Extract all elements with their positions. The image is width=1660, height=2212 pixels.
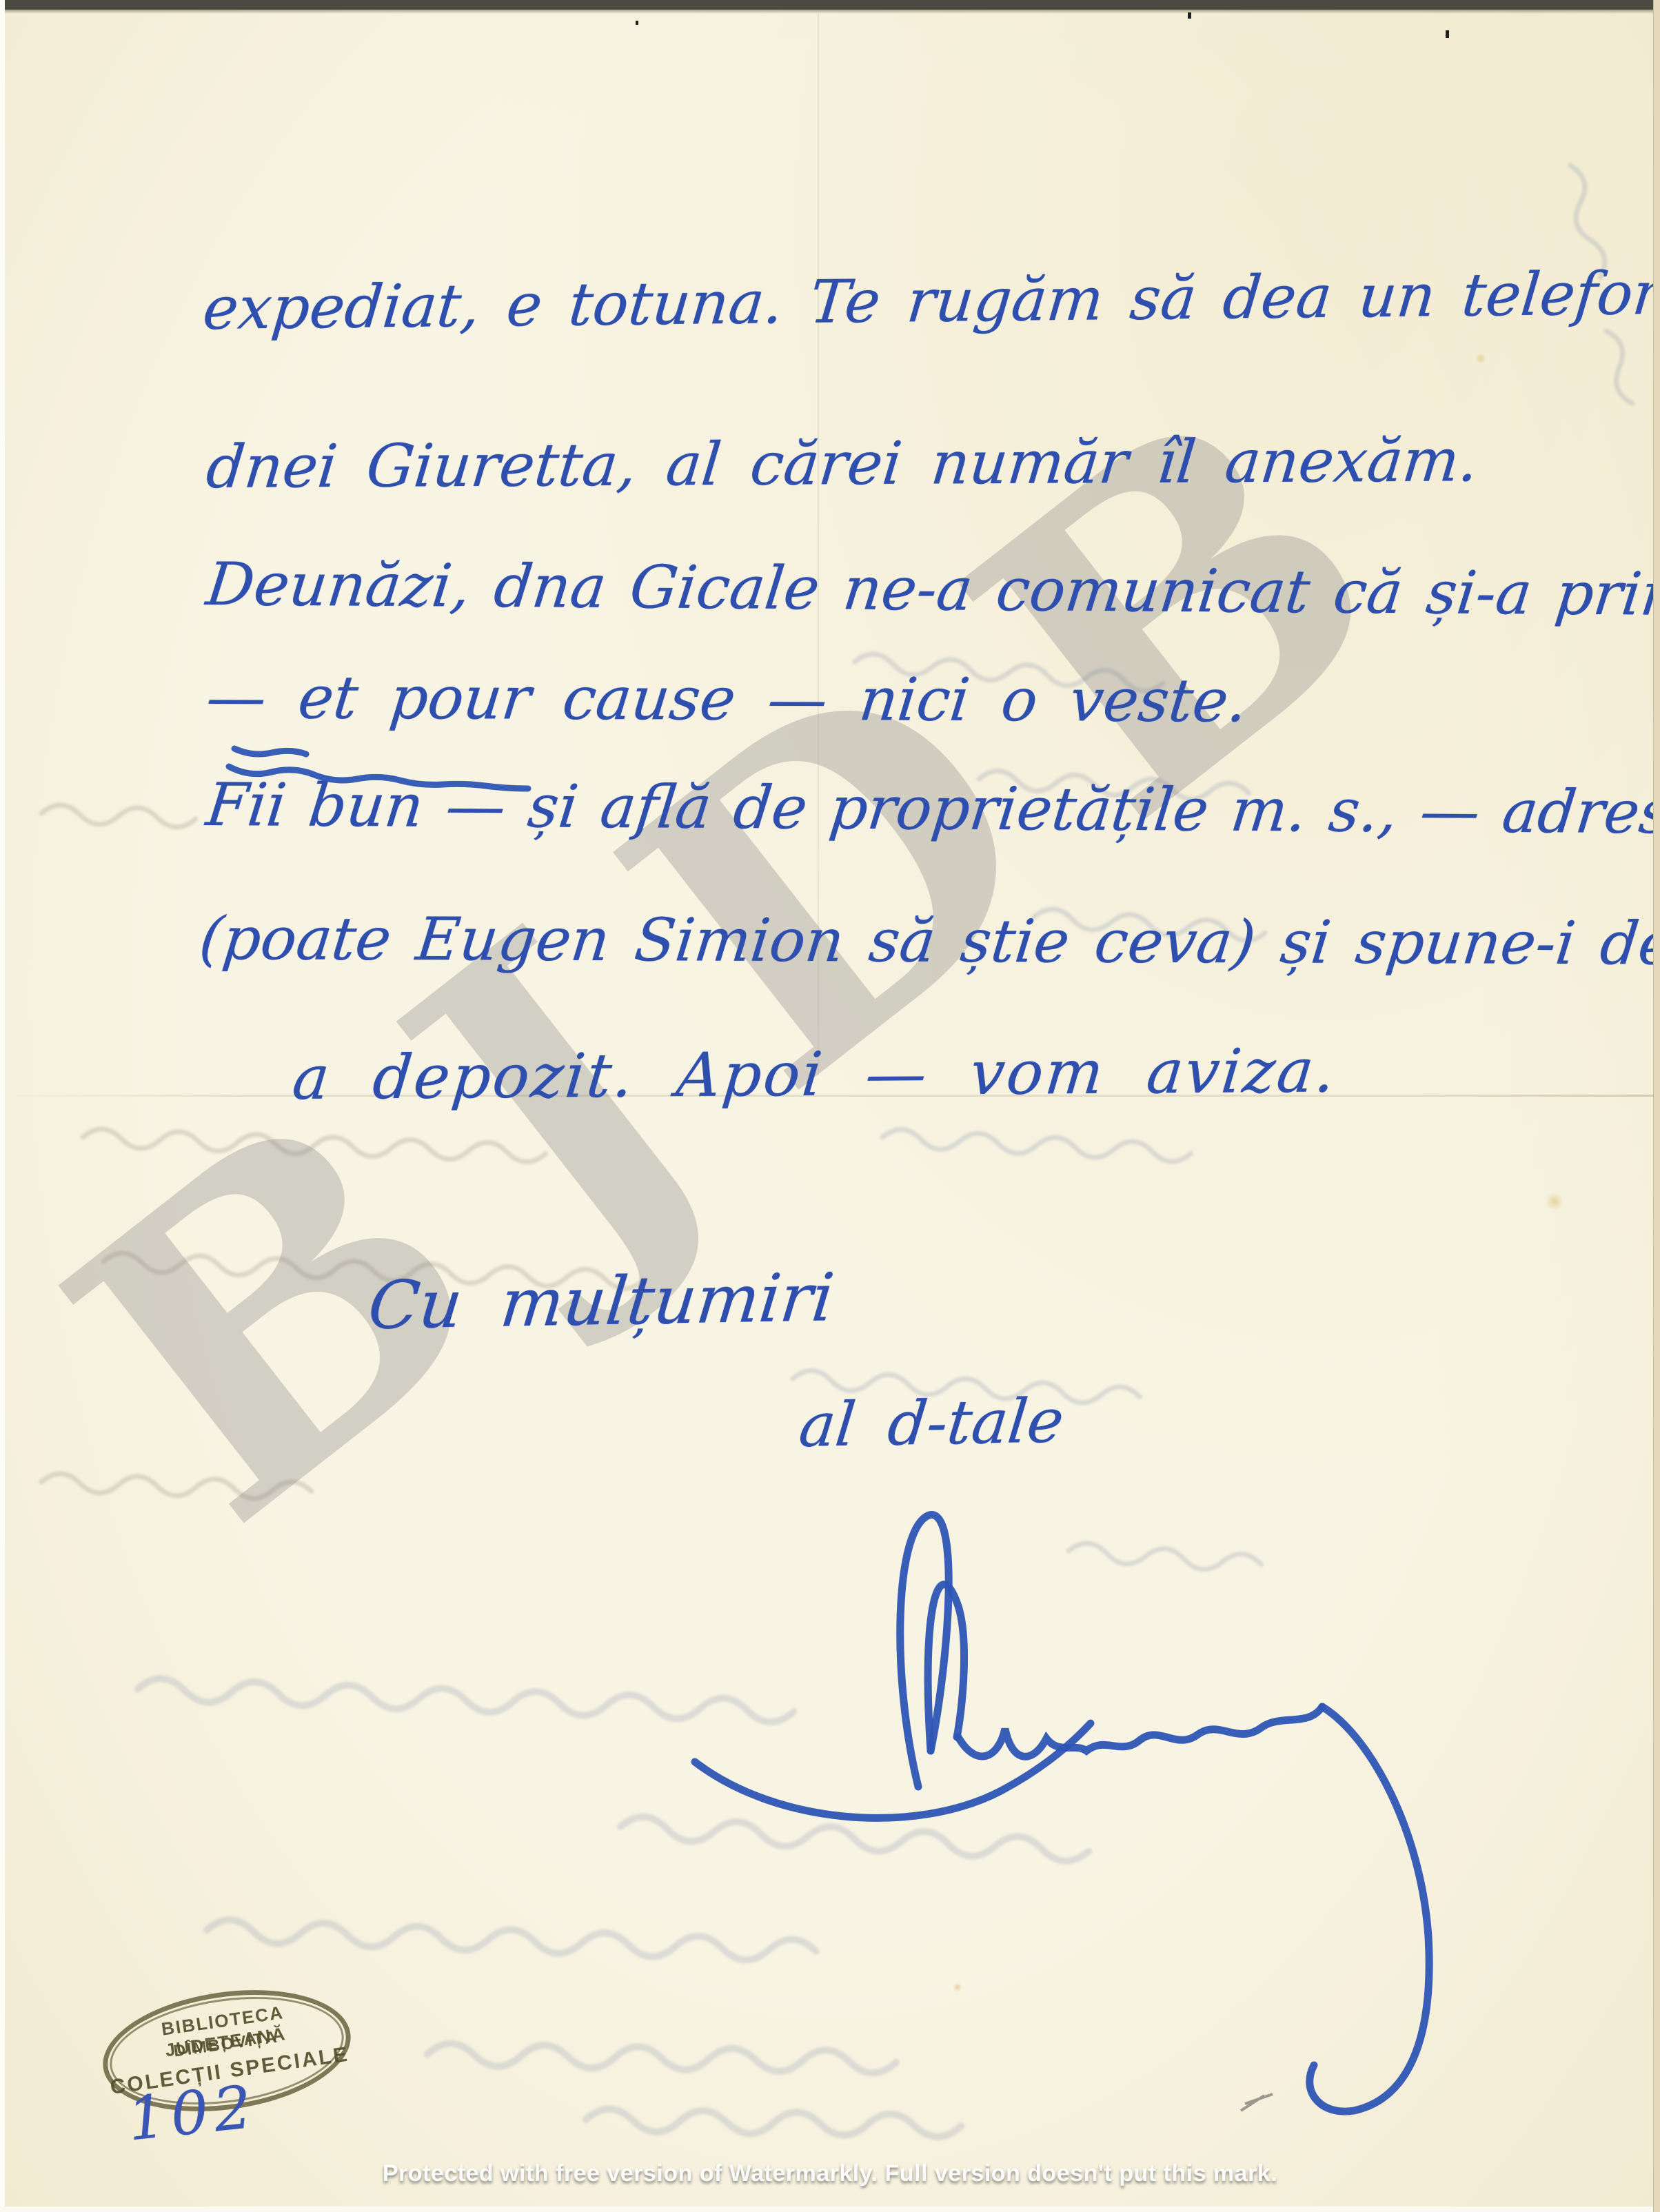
scanned-letter-page: BJDB expediat, e totuna. Te rugăm să dea… — [0, 0, 1660, 2212]
watermarkly-notice: Protected with free version of Watermark… — [383, 2160, 1277, 2187]
scan-top-edge — [0, 0, 1660, 10]
ink-strokes — [0, 0, 1660, 2212]
scan-right-edge — [1653, 0, 1660, 2212]
scan-top-edge-shadow — [0, 10, 1660, 14]
page-number: 102 — [124, 2072, 261, 2154]
signature — [695, 1515, 1429, 2112]
scan-left-edge — [0, 0, 5, 2212]
dust-speck — [1188, 12, 1191, 19]
signature-flourish — [695, 1723, 1091, 1818]
dust-speck — [636, 21, 638, 25]
scan-bottom-edge — [0, 2206, 1660, 2212]
signature-flourish — [1310, 1707, 1429, 2111]
underline-stroke — [229, 749, 528, 789]
pencil-tick — [1241, 2094, 1273, 2111]
dust-speck — [1446, 30, 1449, 38]
